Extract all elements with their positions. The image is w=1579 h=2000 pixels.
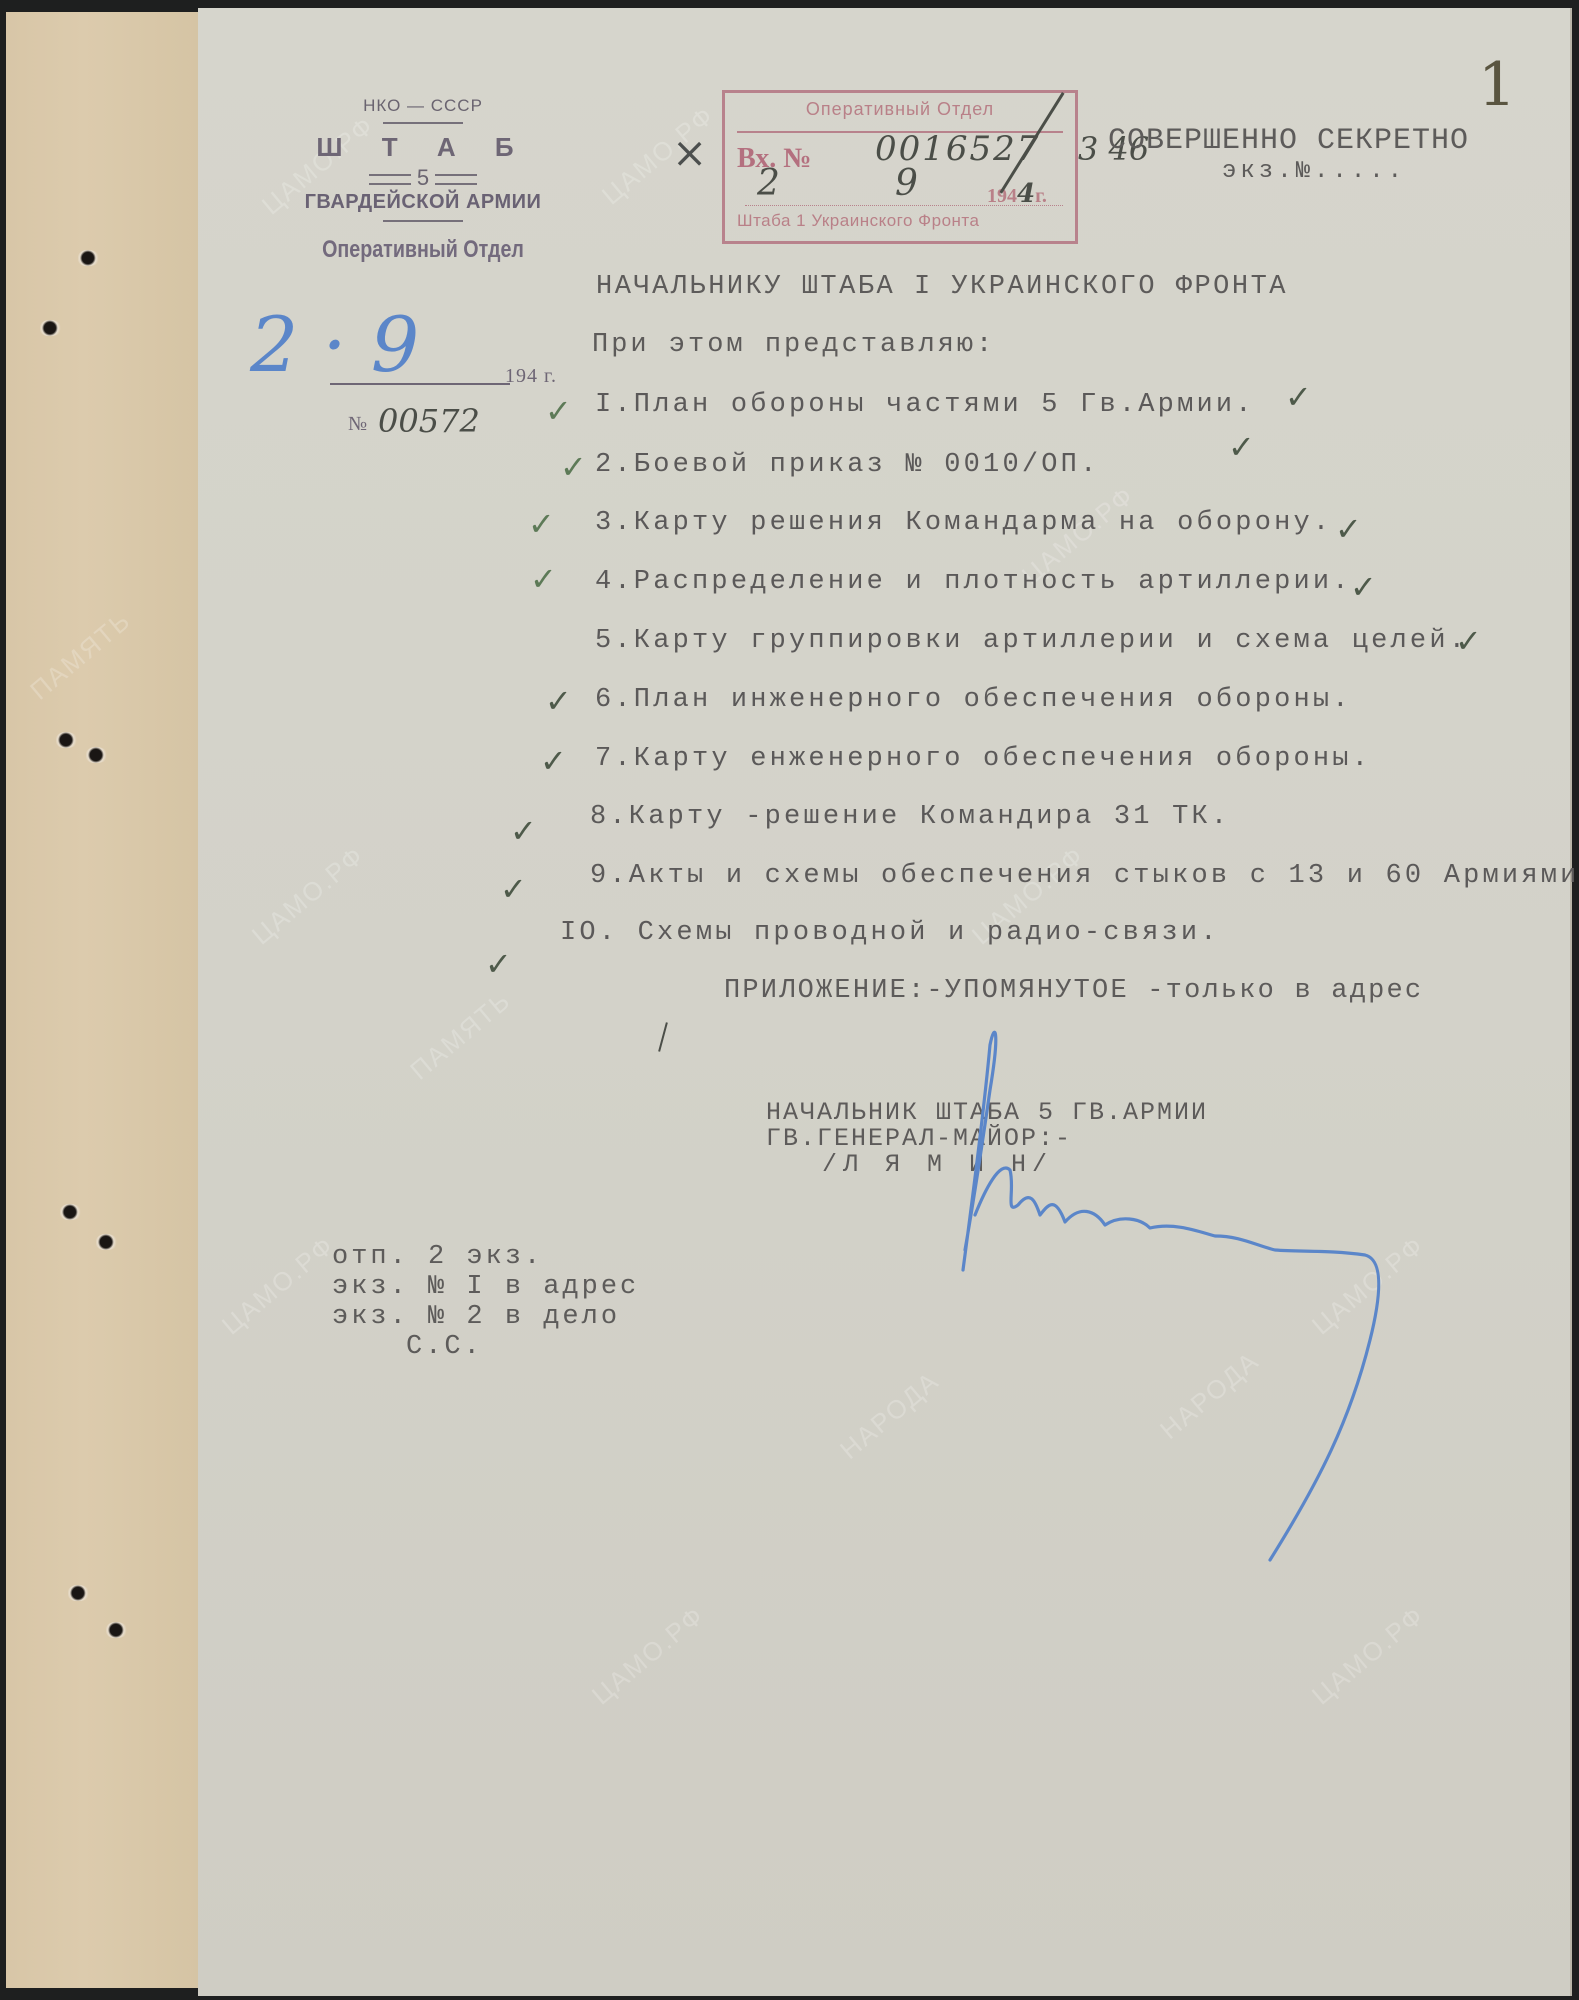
punch-hole	[96, 1234, 118, 1250]
list-item: 9.Акты и схемы обеспечения стыков с 13 и…	[590, 861, 1579, 891]
check-icon: ✓	[545, 392, 572, 430]
list-item: I.План обороны частями 5 Гв.Армии.	[595, 390, 1255, 420]
list-item: 7.Карту енженерного обеспечения обороны.	[595, 744, 1371, 774]
list-item: 4.Распределение и плотность артиллерии.	[595, 567, 1352, 597]
distribution-total: отп. 2 экз.	[332, 1242, 543, 1272]
reg-no-label: №	[348, 413, 370, 436]
punch-hole	[86, 747, 108, 763]
stamp-rule	[383, 220, 463, 222]
check-icon: ✓	[530, 560, 557, 598]
check-icon: ✓	[1285, 378, 1312, 416]
check-icon: ✓	[540, 742, 567, 780]
stamp-unit: ГВАРДЕЙСКОЙ АРМИИ	[258, 191, 588, 214]
incoming-department: Оперативный Отдел	[725, 99, 1075, 120]
check-icon: ✓	[528, 505, 555, 543]
signature-rank: ГВ.ГЕНЕРАЛ-МАЙОР:-	[766, 1124, 1072, 1153]
date-line	[330, 383, 510, 385]
incoming-footer: Штаба 1 Украинского Фронта	[737, 211, 979, 231]
stamp-org: НКО — СССР	[258, 96, 588, 116]
punch-hole	[78, 250, 100, 266]
punch-hole	[106, 1622, 128, 1638]
check-icon: ✓	[510, 812, 537, 850]
punch-hole	[68, 1585, 90, 1601]
stamp-title: Ш Т А Б	[258, 132, 588, 163]
check-icon: ✓	[485, 945, 512, 983]
header-stamp: НКО — СССР Ш Т А Б 5 ГВАРДЕЙСКОЙ АРМИИ О…	[258, 96, 588, 264]
check-icon: ✓	[545, 682, 572, 720]
signature-name: /Л Я М И Н/	[822, 1150, 1053, 1179]
list-item: 6.План инженерного обеспечения обороны.	[595, 685, 1352, 715]
list-item: 8.Карту -решение Командира 31 ТК.	[590, 802, 1230, 832]
stamp-date-handwritten: 2 · 9	[250, 300, 419, 389]
check-icon: ✓	[500, 870, 527, 908]
intro-text: При этом представляю:	[592, 330, 995, 360]
signature-title: НАЧАЛЬНИК ШТАБА 5 ГВ.АРМИИ	[766, 1098, 1208, 1127]
punch-hole	[60, 1204, 82, 1220]
stamp-department: Оперативный Отдел	[288, 236, 559, 264]
classification-label: СОВЕРШЕННО СЕКРЕТНО	[1108, 124, 1469, 158]
list-item: 3.Карту решения Командарма на оборону.	[595, 508, 1332, 538]
addressee: НАЧАЛЬНИКУ ШТАБА I УКРАИНСКОГО ФРОНТА	[596, 272, 1288, 302]
punch-hole	[40, 320, 62, 336]
list-item: 5.Карту группировки артиллерии и схема ц…	[595, 626, 1468, 656]
incoming-stamp: Оперативный Отдел Вх. № 0016527 2 9 1944…	[722, 90, 1078, 244]
check-icon: ✓	[1455, 622, 1482, 660]
copy-number: экз.№.....	[1222, 158, 1406, 185]
page-number-mark: 1	[1478, 50, 1516, 120]
folder-binding	[6, 12, 200, 1988]
check-icon: ✓	[560, 448, 587, 486]
incoming-day: 2	[757, 163, 780, 204]
stamp-number: 5	[258, 165, 588, 191]
punch-hole	[56, 732, 78, 748]
check-icon: ✓	[1335, 510, 1362, 548]
incoming-month: 9	[895, 163, 918, 204]
check-icon: ✓	[1350, 568, 1377, 606]
reg-no-value: 00572	[378, 402, 480, 440]
typist-initials: С.С.	[406, 1332, 483, 1362]
stamp-rule	[383, 122, 463, 124]
check-icon: ✓	[1228, 428, 1255, 466]
list-item: IO. Схемы проводной и радио-связи.	[560, 918, 1220, 948]
list-item: 2.Боевой приказ № 0010/ОП.	[595, 450, 1099, 480]
attachment-note: ПРИЛОЖЕНИЕ:-УПОМЯНУТОЕ -только в адрес	[724, 976, 1423, 1006]
date-line	[745, 205, 1063, 206]
distribution-copy2: экз. № 2 в дело	[332, 1302, 620, 1332]
stamp-year: 194 г.	[505, 365, 557, 388]
x-mark: ×	[672, 128, 707, 177]
distribution-copy1: экз. № I в адрес	[332, 1272, 639, 1302]
